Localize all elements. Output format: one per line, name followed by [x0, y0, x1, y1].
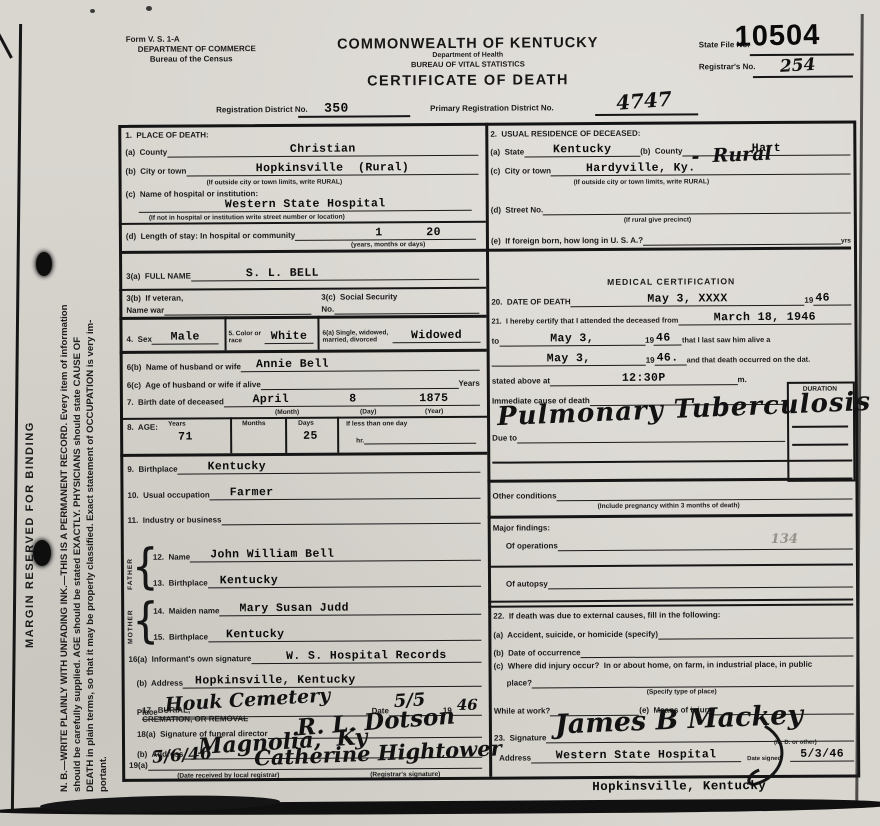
- major-findings-label: Major findings:: [493, 523, 550, 533]
- res-county-label: (b) County: [640, 147, 682, 157]
- mother-name-label: 14. Maiden name: [153, 607, 219, 617]
- field-spouse-age: 6(c) Age of husband or wife if alive Yea…: [127, 376, 480, 391]
- due-to-line: [517, 432, 785, 444]
- birthplace-value: Kentucky: [178, 459, 481, 474]
- field-informant-signature: 16(a) Informant's own signature W. S. Ho…: [128, 648, 481, 665]
- res-city-handwritten: - Rural: [691, 143, 772, 168]
- birthplace-label: 9. Birthplace: [127, 465, 177, 475]
- header-center: COMMONWEALTH OF KENTUCKY Department of H…: [298, 35, 638, 90]
- hospital-value: Western State Hospital: [139, 197, 472, 213]
- place-of-death-title: 1. PLACE OF DEATH:: [125, 130, 208, 140]
- to-suffix: that I last saw him alive a: [682, 336, 770, 345]
- field-residence-city: (c) City or town Hardyville, Ky.: [490, 159, 850, 176]
- field-occurrence-date: (b) Date of occurrence: [493, 643, 853, 658]
- form-body: Form V. S. 1-A DEPARTMENT OF COMMERCE Bu…: [0, 0, 880, 826]
- field-father-name: 12. Name John William Bell: [153, 546, 481, 563]
- occurrence-date-label: (b) Date of occurrence: [493, 649, 580, 659]
- age-months-label: Months: [242, 420, 265, 427]
- age-days-value: 25: [303, 431, 318, 443]
- certify-label: 21. I hereby certify that I attended the…: [491, 317, 678, 327]
- city-caption: (If outside city or town limits, write R…: [207, 179, 343, 187]
- dod-year-value: 46: [813, 292, 851, 306]
- burial-place-label: Place: [137, 708, 158, 718]
- industry-label: 11. Industry or business: [128, 516, 222, 526]
- stated-above-label: stated above at: [492, 377, 550, 387]
- to-year-value: 46: [654, 332, 682, 346]
- marital-label: 6(a) Single, widowed, married, divorced: [322, 329, 392, 343]
- date-of-death-value: May 3, XXXX: [571, 292, 805, 307]
- age-years-label: Years: [168, 421, 186, 428]
- date-signed-label: Date signed: [747, 756, 781, 763]
- foreign-born-value: [643, 235, 841, 246]
- street-no-value: [543, 203, 851, 215]
- field-last-seen: May 3, 19 46. and that death occurred on…: [492, 350, 852, 366]
- field-residence-state: (a) State Kentucky (b) County Hart: [490, 140, 850, 157]
- field-age-hr: hr.: [356, 432, 476, 445]
- spouse-age-suffix: Years: [458, 379, 479, 389]
- sex-value: Male: [152, 331, 219, 345]
- registrar-no-value: 254: [779, 55, 816, 77]
- age-label: 8. AGE:: [127, 423, 158, 433]
- form-number: Form V. S. 1-A: [126, 35, 180, 45]
- occupation-label: 10. Usual occupation: [127, 491, 209, 501]
- field-color-race: 5. Color or race White: [228, 322, 313, 345]
- birth-day-caption: (Day): [360, 408, 377, 415]
- field-mother-name: 14. Maiden name Mary Susan Judd: [153, 600, 481, 617]
- medical-certification-title: MEDICAL CERTIFICATION: [491, 275, 851, 288]
- street-no-label: (d) Street No.: [491, 206, 544, 216]
- field-marital: 6(a) Single, widowed, married, divorced …: [322, 321, 480, 344]
- other-conditions-line: [556, 489, 852, 501]
- date-signed-value: 5/3/46: [790, 748, 854, 762]
- autopsy-line: [548, 577, 853, 589]
- field-mother-birthplace: 15. Birthplace Kentucky: [153, 626, 481, 643]
- birth-date-label: 7. Birth date of deceased: [127, 398, 224, 408]
- last-year-value: 46.: [655, 352, 687, 366]
- field-date-of-death: 20. DATE OF DEATH May 3, XXXX 19 46: [491, 290, 851, 307]
- attended-to-value: May 3,: [499, 332, 645, 346]
- primary-district-label: Primary Registration District No.: [430, 103, 554, 113]
- bureau-vital: BUREAU OF VITAL STATISTICS: [298, 58, 638, 69]
- ss-no-value: [334, 304, 479, 315]
- dept-commerce: DEPARTMENT OF COMMERCE: [138, 44, 256, 54]
- physician-city-value: Hopkinsville, Kentucky: [592, 780, 766, 794]
- field-veteran-war: Name war: [126, 303, 311, 316]
- father-birthplace-value: Kentucky: [208, 573, 481, 588]
- birth-month-value: April: [224, 393, 318, 407]
- field-injury-place: place?: [507, 673, 854, 688]
- stay-caption: (years, months or days): [351, 241, 425, 249]
- occurrence-date-line: [581, 646, 854, 658]
- injury-where-label: (c) Where did injury occur? In or about …: [494, 660, 813, 672]
- field-sex: 4. Sex Male: [126, 328, 218, 345]
- cell-divider: [230, 417, 232, 453]
- field-other-conditions: Other conditions: [492, 485, 852, 501]
- stay-label: (d) Length of stay: In hospital or commu…: [126, 231, 295, 242]
- death-certificate-scan: MARGIN RESERVED FOR BINDING N. B.—WRITE …: [0, 0, 880, 826]
- accident-label: (a) Accident, suicide, or homicide (spec…: [493, 630, 658, 641]
- other-conditions-caption: (Include pregnancy within 3 months of de…: [598, 502, 740, 510]
- last-year-prefix: 19: [646, 356, 655, 366]
- ss-no-label: No.: [321, 305, 334, 315]
- informant-address-label: (b) Address: [137, 679, 183, 689]
- city-value: Hopkinsville (Rural): [186, 161, 478, 176]
- registrar-row-label: 19(a): [129, 761, 148, 771]
- residence-title: 2. USUAL RESIDENCE OF DECEASED:: [490, 129, 640, 140]
- cell-divider: [285, 417, 287, 453]
- operations-line: [558, 539, 853, 551]
- field-attended-from: 21. I hereby certify that I attended the…: [491, 310, 851, 326]
- accident-line: [658, 628, 853, 639]
- full-name-value: S. L. BELL: [191, 266, 479, 281]
- reg-district-label: Registration District No.: [216, 105, 308, 115]
- m-label: m.: [737, 376, 746, 386]
- field-occupation: 10. Usual occupation Farmer: [127, 484, 480, 501]
- field-industry: 11. Industry or business: [128, 510, 481, 526]
- md-or-other-caption: (M. D. or other): [774, 740, 817, 747]
- dod-year-prefix: 19: [804, 296, 813, 306]
- res-city-caption: (If outside city or town limits, write R…: [574, 178, 710, 186]
- street-caption: (If rural give precinct): [624, 216, 691, 224]
- rule-line: [753, 75, 853, 78]
- injury-place-caption: (Specify type of place): [647, 688, 717, 696]
- rule-line: [298, 115, 410, 118]
- informant-label: 16(a) Informant's own signature: [128, 655, 251, 665]
- date-of-death-label: 20. DATE OF DEATH: [491, 298, 570, 308]
- bureau-census: Bureau of the Census: [150, 54, 233, 64]
- color-race-label: 5. Color or race: [228, 330, 264, 344]
- father-name-label: 12. Name: [153, 553, 190, 563]
- age-days-label: Days: [298, 420, 314, 427]
- foreign-born-label: (e) If foreign born, how long in U. S. A…: [491, 236, 643, 247]
- marital-value: Widowed: [392, 329, 480, 343]
- age-hr-value: [364, 434, 476, 445]
- state-label: (a) State: [490, 148, 524, 158]
- field-operations: Of operations: [506, 535, 853, 551]
- state-value: Kentucky: [524, 143, 640, 157]
- mother-name-value: Mary Susan Judd: [219, 601, 481, 616]
- field-date-signed: 5/3/46: [790, 747, 854, 761]
- name-war-value: [164, 305, 311, 316]
- field-father-birthplace: 13. Birthplace Kentucky: [153, 572, 481, 589]
- sex-label: 4. Sex: [127, 335, 152, 345]
- spouse-age-label: 6(c) Age of husband or wife if alive: [127, 381, 261, 391]
- father-birthplace-label: 13. Birthplace: [153, 579, 208, 589]
- physician-signature-label: 23. Signature: [494, 734, 547, 744]
- informant-address-value: Hopkinsville, Kentucky: [183, 673, 482, 688]
- autopsy-label: Of autopsy: [506, 580, 548, 590]
- state-file-number: 10504: [734, 19, 820, 54]
- industry-value: [221, 514, 480, 526]
- field-length-of-stay: (d) Length of stay: In hospital or commu…: [126, 226, 476, 242]
- age-years-value: 71: [178, 432, 193, 444]
- attended-from-value: March 18, 1946: [678, 311, 851, 326]
- to-year-prefix: 19: [645, 336, 654, 346]
- field-ss-no: No.: [321, 302, 479, 315]
- injury-place-label: place?: [507, 679, 532, 689]
- cell-divider: [317, 316, 319, 350]
- field-attended-to: to May 3, 19 46 that I last saw him aliv…: [492, 330, 852, 346]
- burial-year-value: 46: [457, 696, 478, 714]
- due-to-label: Due to: [492, 434, 517, 444]
- res-city-label: (c) City or town: [490, 167, 551, 177]
- last-seen-value: May 3,: [492, 352, 646, 366]
- field-street-no: (d) Street No.: [491, 199, 851, 215]
- field-full-name: 3(a) FULL NAME S. L. BELL: [126, 264, 479, 282]
- operations-label: Of operations: [506, 542, 558, 552]
- registrar-no-label: Registrar's No.: [699, 62, 756, 72]
- spouse-label: 6(b) Name of husband or wife: [127, 363, 241, 373]
- date-received-caption: (Date received by local registrar): [177, 772, 279, 780]
- field-city: (b) City or town Hopkinsville (Rural): [125, 160, 478, 177]
- birth-day-value: 8: [318, 393, 388, 407]
- county-value: Christian: [167, 142, 478, 157]
- physician-address-label: Address: [499, 754, 531, 764]
- birth-year-value: 1875: [388, 392, 480, 406]
- color-race-value: White: [264, 330, 313, 344]
- last-suffix: and that death occurred on the dat.: [687, 356, 811, 366]
- primary-district-value: 4747: [615, 87, 672, 115]
- reg-district-value: 350: [324, 102, 349, 115]
- field-foreign-born: (e) If foreign born, how long in U. S. A…: [491, 230, 851, 246]
- field-due-to: Due to: [492, 428, 785, 444]
- cell-divider: [224, 316, 226, 350]
- field-birthplace: 9. Birthplace Kentucky: [127, 458, 480, 475]
- field-autopsy: Of autopsy: [506, 573, 853, 589]
- age-hr-label: hr.: [356, 437, 364, 444]
- spouse-value: Annie Bell: [241, 357, 480, 372]
- field-county: (a) County Christian: [125, 141, 478, 158]
- registrar-signature-caption: (Registrar's signature): [370, 771, 440, 779]
- birth-year-caption: (Year): [425, 408, 443, 415]
- to-label: to: [492, 337, 500, 347]
- certificate-title: CERTIFICATE OF DEATH: [298, 72, 638, 90]
- time-of-death-value: 12:30P: [550, 372, 737, 387]
- commonwealth-title: COMMONWEALTH OF KENTUCKY: [298, 35, 638, 53]
- foreign-born-suffix: yrs: [841, 237, 851, 244]
- full-name-label: 3(a) FULL NAME: [126, 272, 191, 282]
- birth-month-caption: (Month): [275, 409, 299, 416]
- county-label: (a) County: [125, 148, 167, 158]
- field-accident-type: (a) Accident, suicide, or homicide (spec…: [493, 625, 853, 640]
- city-label: (b) City or town: [125, 167, 186, 177]
- social-security-label: 3(c) Social Security: [321, 292, 397, 302]
- age-less-than-day-label: If less than one day: [346, 420, 407, 428]
- hospital-caption: (If not in hospital or institution write…: [149, 214, 345, 222]
- cell-divider: [337, 417, 339, 453]
- stay-value: 1 20: [295, 226, 476, 241]
- field-birth-date: 7. Birth date of deceased April 8 1875: [127, 392, 480, 408]
- external-causes-title: 22. If death was due to external causes,…: [493, 610, 720, 621]
- mother-birthplace-value: Kentucky: [208, 627, 481, 642]
- veteran-label: 3(b) If veteran,: [126, 294, 183, 304]
- other-conditions-label: Other conditions: [492, 492, 556, 502]
- occupation-value: Farmer: [210, 485, 481, 500]
- field-hospital: Western State Hospital: [139, 197, 472, 213]
- injury-place-line: [532, 676, 854, 688]
- father-name-value: John William Bell: [190, 547, 481, 562]
- field-time-of-death: stated above at 12:30P m.: [492, 371, 747, 387]
- mother-birthplace-label: 15. Birthplace: [153, 633, 208, 643]
- operations-pencil-note: 134: [771, 532, 798, 547]
- spouse-age-value: [261, 379, 459, 390]
- physician-address-value: Western State Hospital: [531, 749, 741, 764]
- informant-value: W. S. Hospital Records: [251, 649, 481, 664]
- rule-line: [595, 113, 698, 116]
- field-spouse: 6(b) Name of husband or wife Annie Bell: [127, 356, 480, 373]
- while-at-work-label: While at work?: [494, 707, 551, 717]
- name-war-label: Name war: [126, 306, 164, 316]
- field-physician-address: Address Western State Hospital: [499, 748, 741, 763]
